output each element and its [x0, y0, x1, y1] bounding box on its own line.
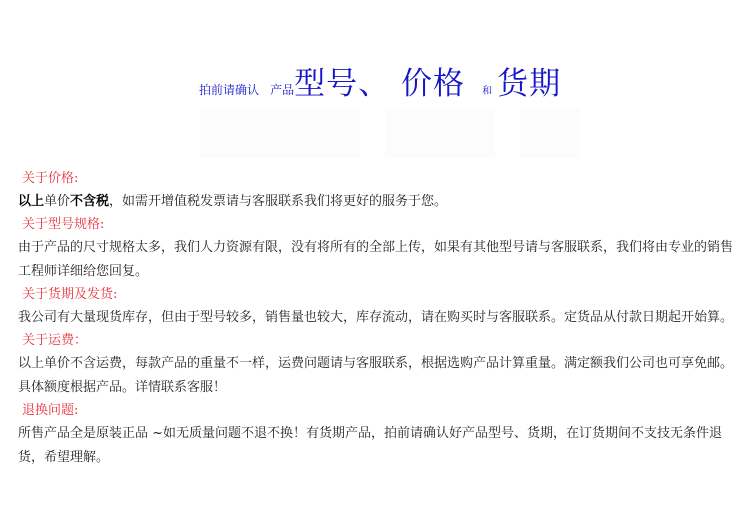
banner-model-price: 型号、 价格 — [294, 58, 465, 103]
section-body-model: 由于产品的尺寸规格太多，我们人力资源有限，没有将所有的全部上传，如果有其他型号请… — [18, 236, 738, 284]
price-emphasis-1: 以上 — [18, 194, 44, 209]
faint-background-shape — [520, 108, 580, 158]
section-heading-delivery: 关于货期及发货: — [22, 284, 738, 306]
section-heading-shipping: 关于运费： — [22, 330, 738, 352]
section-heading-returns: 退换问题: — [22, 400, 738, 422]
section-body-price: 以上单价不含税，如需开增值税发票请与客服联系我们将更好的服务于您。 — [18, 190, 738, 214]
section-heading-model: 关于型号规格: — [22, 214, 738, 236]
banner-lead-time: 货期 — [497, 58, 561, 103]
notice-content: 关于价格: 以上单价不含税，如需开增值税发票请与客服联系我们将更好的服务于您。 … — [18, 168, 738, 470]
notice-banner: 拍前请确认 产品型号、 价格 和 货期 — [0, 58, 750, 108]
section-body-shipping: 以上单价不含运费，每款产品的重量不一样，运费问题请与客服联系，根据选购产品计算重… — [18, 352, 738, 400]
section-heading-price: 关于价格: — [22, 168, 738, 190]
banner-prefix: 拍前请确认 — [199, 81, 259, 98]
price-text-rest: ，如需开增值税发票请与客服联系我们将更好的服务于您。 — [109, 194, 447, 209]
section-body-returns: 所售产品全是原装正品 ~如无质量问题不退不换！有货期产品，拍前请确认好产品型号、… — [18, 422, 738, 470]
price-emphasis-2: 不含税 — [70, 194, 109, 209]
banner-title: 拍前请确认 产品型号、 价格 和 货期 — [199, 58, 561, 103]
faint-background-shape — [385, 108, 495, 158]
price-text-unit: 单价 — [44, 194, 70, 209]
banner-and: 和 — [482, 82, 492, 97]
section-body-delivery: 我公司有大量现货库存，但由于型号较多，销售量也较大，库存流动，请在购买时与客服联… — [18, 306, 738, 330]
faint-background-shape — [200, 108, 360, 158]
banner-product-label: 产品 — [270, 81, 294, 98]
